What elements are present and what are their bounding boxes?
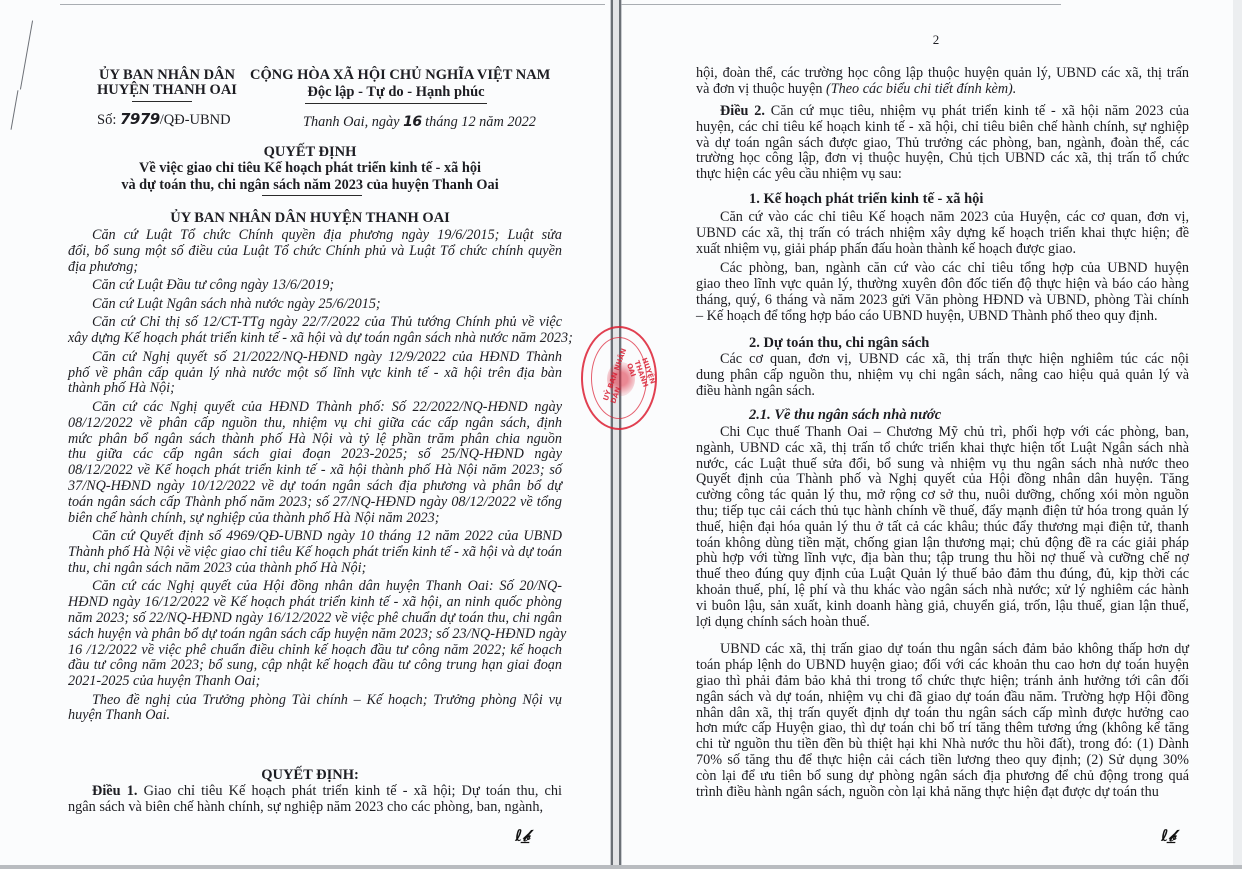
national-motto: Độc lập - Tự do - Hạnh phúc (250, 84, 542, 101)
text-line: xây dựng Kế hoạch phát triển kinh tế - x… (68, 331, 562, 347)
page-gutter (611, 0, 621, 869)
text-line: UBND các xã, thị trấn có trách nhiệm xây… (696, 226, 1189, 242)
text-line: thuế, hiện đại hóa quản lý thu ở tất cả … (696, 520, 1189, 536)
text-line: Các phòng, ban, ngành căn cứ vào các chỉ… (696, 261, 1189, 277)
text-line: Các cơ quan, đơn vị, UBND các xã, thị tr… (696, 352, 1189, 368)
section-2-heading: 2. Dự toán thu, chi ngân sách (749, 335, 929, 352)
viewer-edge (0, 865, 1242, 869)
text-line: nước, các Luật thuế sửa đổi, bổ sung và … (696, 457, 1189, 473)
date-prefix: Thanh Oai, ngày (303, 114, 403, 130)
number-prefix: Số: (97, 112, 120, 128)
text-line: biên chế hành chính, sự nghiệp của thành… (68, 511, 562, 527)
document-title: QUYẾT ĐỊNH (100, 144, 520, 161)
text-line: thuế theo đúng quy định của Luật Quản lý… (696, 567, 1189, 583)
text-line: thu; tiếp tục cải cách thủ tục hành chín… (696, 504, 1189, 520)
text-line: toán ngân sách cấp Thành phố năm 2023; s… (68, 495, 562, 511)
text-line: sách huyện và phân bổ dự toán ngân sách … (68, 627, 562, 643)
document-number: Số: 7979/QĐ-UBND (97, 110, 231, 129)
text-line: hội, đoàn thể, các trường học công lập t… (696, 66, 1189, 82)
text-line: vi buôn lậu, sản xuất, kinh doanh hàng g… (696, 599, 1189, 615)
text-line: Điều 2. Căn cứ mục tiêu, nhiệm vụ phát t… (696, 104, 1189, 120)
text-line: trình điều hành ngân sách, nguồn còn lại… (696, 785, 1189, 801)
initials-signature: ℓ𝒷̲ (515, 826, 529, 846)
divider (305, 103, 487, 104)
text-line: Căn cứ các Nghị quyết của Hội đồng nhân … (68, 579, 562, 595)
text-line: tháng, quý, 6 tháng và năm 2023 gửi Văn … (696, 293, 1189, 309)
text-line: đầu tư công năm 2023; bổ sung, cập nhật … (68, 658, 562, 674)
text-line: huyện Thanh Oai. (68, 708, 562, 724)
initials-signature: ℓ𝒷̲ (1161, 826, 1175, 846)
text-line: – Kế hoạch để tổng hợp báo cáo UBND huyệ… (696, 309, 1189, 325)
text-line: đổi, bổ sung một số điều của Luật Tổ chứ… (68, 244, 562, 260)
scan-mark (11, 90, 19, 130)
text-line: HĐND ngày 16/12/2022 về Kế hoạch phát tr… (68, 595, 562, 611)
document-subtitle-line1: Về việc giao chỉ tiêu Kế hoạch phát triể… (60, 160, 560, 177)
text-line: khoản thuế, phí, lệ phí và thu khác vào … (696, 583, 1189, 599)
text-line: ngành, UBND các xã, thị trấn tổ chức tri… (696, 441, 1189, 457)
text-line: Căn cứ Luật Ngân sách nhà nước ngày 25/6… (68, 297, 562, 313)
text-line: Căn cứ Nghị quyết số 21/2022/NQ-HĐND ngà… (68, 350, 562, 366)
text-line: thành phố Hà Nội; (68, 381, 562, 397)
handwritten-number: 7979 (120, 110, 160, 128)
text-line: hơn mức cấp Huyện giao, thì dự toán chi … (696, 721, 1189, 737)
section-1-body: Căn cứ vào các chỉ tiêu Kế hoạch năm 202… (696, 210, 1189, 325)
issuer-heading: ỦY BAN NHÂN DÂN HUYỆN THANH OAI (100, 210, 520, 227)
text-line: thực hiện các yêu cầu nhiệm vụ sau: (696, 167, 1189, 183)
text-line: toán pháp lệnh do UBND huyện giao; đối v… (696, 658, 1189, 674)
agency-name-line2: HUYỆN THANH OAI (92, 82, 242, 99)
text-line: Theo đề nghị của Trưởng phòng Tài chính … (68, 693, 562, 709)
text-line: Căn cứ Chỉ thị số 12/CT-TTg ngày 22/7/20… (68, 315, 562, 331)
text-line: phù hợp với từng lĩnh vực, địa bàn thu; … (696, 551, 1189, 567)
document-subtitle-line2: và dự toán thu, chi ngân sách năm 2023 c… (60, 177, 560, 194)
text-line: dung phân cấp nguồn thu, nhiệm vụ chi ng… (696, 368, 1189, 384)
handwritten-day: 16 (403, 114, 421, 130)
article-1-label: Điều 1. (92, 783, 137, 799)
text-line: 2021-2025 của huyện Thanh Oai; (68, 674, 562, 690)
text-line: xuất nhiệm vụ, giải pháp phấn đấu hoàn t… (696, 242, 1189, 258)
article-2-label: Điều 2. (720, 103, 765, 119)
article-2: Điều 2. Căn cứ mục tiêu, nhiệm vụ phát t… (696, 104, 1189, 183)
national-title: CỘNG HÒA XÃ HỘI CHỦ NGHĨA VIỆT NAM (250, 67, 542, 84)
number-suffix: /QĐ-UBND (160, 112, 231, 128)
text-line: 08/12/2022 về Kế hoạch phát triển kinh t… (68, 463, 562, 479)
preamble: Căn cứ Luật Tổ chức Chính quyền địa phươ… (68, 228, 562, 724)
text-line: trường học công lập, đơn vị thuộc huyện,… (696, 151, 1189, 167)
scan-edge-line (60, 4, 605, 5)
text-line: lợi dụng chính sách hoàn thuế. (696, 615, 1189, 631)
text-line: huyện, các chỉ tiêu kế hoạch kinh tế - x… (696, 120, 1189, 136)
divider (262, 195, 362, 196)
text-line: điều hành ngân sách. (696, 384, 1189, 400)
text-line: UBND các xã, thị trấn giao dự toán thu n… (696, 642, 1189, 658)
text-line: nhân dân xã, thị trấn quyết định dự toán… (696, 706, 1189, 722)
text-line: phố về phân cấp quản lý nhà nước một số … (68, 366, 562, 382)
text-line: cường công tác quản lý thu, mở rộng cơ s… (696, 488, 1189, 504)
section-2-body: Các cơ quan, đơn vị, UBND các xã, thị tr… (696, 352, 1189, 399)
article-1-text: Giao chỉ tiêu Kế hoạch phát triển kinh t… (137, 783, 562, 799)
document-page-1: ỦY BAN NHÂN DÂN HUYỆN THANH OAI Số: 7979… (0, 0, 611, 865)
text-line: Căn cứ các Nghị quyết của HĐND Thành phố… (68, 400, 562, 416)
viewer-edge (1233, 0, 1242, 869)
text-line: 70% số tăng thu để thực hiện cải cách ti… (696, 753, 1189, 769)
text-line: 08/12/2022 về phân cấp nguồn thu, nhiệm … (68, 416, 562, 432)
article-1-text: ngân sách và biên chế hành chính, sự ngh… (68, 800, 562, 816)
page-number: 2 (921, 32, 951, 48)
text-line: Căn cứ Luật Tổ chức Chính quyền địa phươ… (68, 228, 562, 244)
date-suffix: tháng 12 năm 2022 (422, 114, 536, 130)
section-2-1-heading: 2.1. Về thu ngân sách nhà nước (749, 407, 941, 424)
section-1-heading: 1. Kế hoạch phát triển kinh tế - xã hội (749, 191, 983, 208)
text-line: và đơn vị thuộc huyện (696, 81, 826, 97)
document-page-2: 2 hội, đoàn thể, các trường học công lập… (621, 0, 1233, 865)
text-line: địa phương; (68, 260, 562, 276)
text-line: thu giữa các cấp ngân sách giai đoạn 202… (68, 447, 562, 463)
attachment-note: (Theo các biểu chi tiết đính kèm). (826, 81, 1016, 97)
text-line: toán không dùng tiền mặt, chống gian lận… (696, 536, 1189, 552)
text-line: Thành phố Hà Nội về việc giao chỉ tiêu K… (68, 545, 562, 561)
decision-heading: QUYẾT ĐỊNH: (100, 767, 520, 784)
text-line: 37/NQ-HĐND ngày 10/12/2022 về dự toán ng… (68, 479, 562, 495)
text-line: và dự toán ngân sách được giao, Thủ trưở… (696, 136, 1189, 152)
scan-mark (20, 20, 33, 89)
scan-edge-line (621, 4, 1061, 5)
text-line: năm 2023; số 22/NQ-HĐND ngày 16/12/2022 … (68, 611, 562, 627)
section-2-1-body: Chi Cục thuế Thanh Oai – Chương Mỹ chủ t… (696, 425, 1189, 800)
text-line: Căn cứ vào các chỉ tiêu Kế hoạch năm 202… (696, 210, 1189, 226)
text-line: Quyết định của Thành phố và Nghị quyết c… (696, 472, 1189, 488)
text-line: Căn cứ Quyết định số 4969/QĐ-UBND ngày 1… (68, 529, 562, 545)
text-line: giao thì phải đảm bảo khả thi trong tổ c… (696, 674, 1189, 690)
text-line: chi từ nguồn thu tiền đền bù thiệt hại k… (696, 737, 1189, 753)
text-line: còn lại để ưu tiên bổ sung dự phòng ngân… (696, 769, 1189, 785)
article-1: Điều 1. Giao chỉ tiêu Kế hoạch phát triể… (68, 784, 562, 816)
text-line: 16 /12/2022 về việc phê chuẩn điều chỉnh… (68, 643, 562, 659)
text-line: thu, chi ngân sách năm 2023 của thành ph… (68, 561, 562, 577)
text-line: ngân sách và dự toán, nhiệm vụ chi đã gi… (696, 690, 1189, 706)
text-line: Căn cứ Luật Đầu tư công ngày 13/6/2019; (68, 278, 562, 294)
place-date: Thanh Oai, ngày 16 tháng 12 năm 2022 (303, 114, 536, 131)
article-1-continuation: hội, đoàn thể, các trường học công lập t… (696, 66, 1189, 98)
text-line: giao theo lĩnh vực quản lý, thường xuyên… (696, 277, 1189, 293)
divider (132, 101, 192, 102)
text-line: Chi Cục thuế Thanh Oai – Chương Mỹ chủ t… (696, 425, 1189, 441)
official-red-seal: UỶ BAN NHÂN DÂN HUYỆN THANH OAI (581, 326, 657, 430)
text-line: mức phân bổ ngân sách thành phố Hà Nội v… (68, 432, 562, 448)
